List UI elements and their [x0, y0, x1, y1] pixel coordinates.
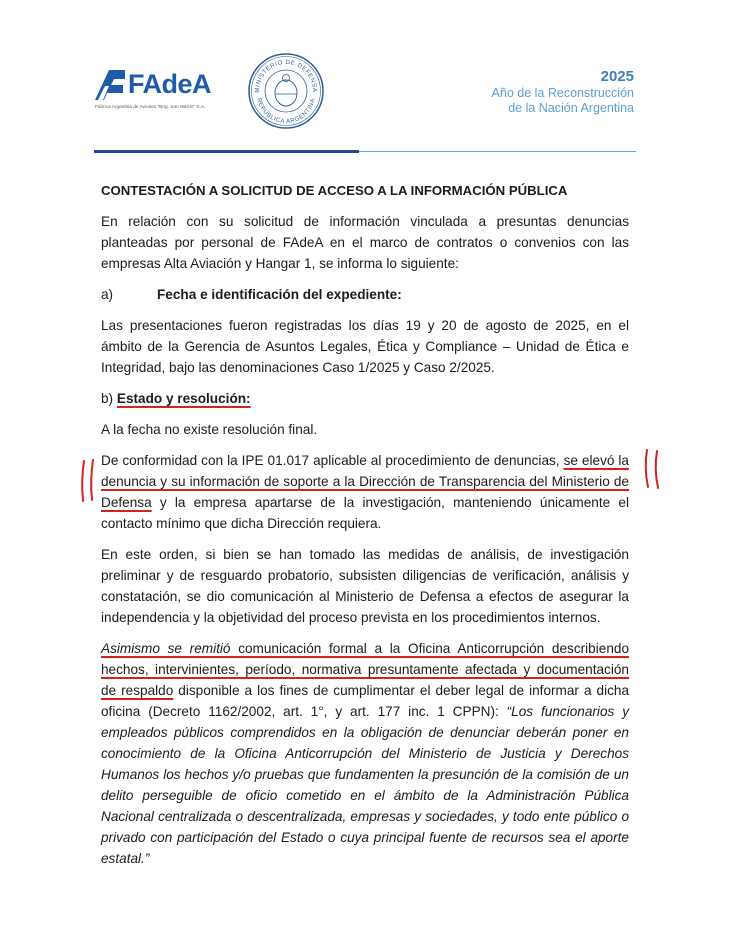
- p1-pre: De conformidad con la IPE 01.017 aplicab…: [101, 453, 564, 468]
- section-b-paragraph-3: Asimismo se remitió comunicación formal …: [101, 638, 629, 869]
- section-a-label: a): [101, 284, 157, 305]
- section-a-body: Las presentaciones fueron registradas lo…: [101, 315, 629, 378]
- section-b-status: A la fecha no existe resolución final.: [101, 419, 629, 440]
- tagline-line-2: de la Nación Argentina: [492, 101, 634, 116]
- legal-quote: “Los funcionarios y empleados públicos c…: [101, 704, 629, 866]
- section-a-title: Fecha e identificación del expediente:: [157, 284, 402, 305]
- tagline-line-1: Año de la Reconstrucción: [492, 86, 634, 101]
- p1-post: y la empresa apartarse de la investigaci…: [101, 495, 629, 531]
- fadea-wordmark: FAdeA: [128, 68, 211, 100]
- fadea-subtitle: Fábrica Argentina de Aviones "Brig. San …: [95, 104, 205, 109]
- letterhead: FAdeA Fábrica Argentina de Aviones "Brig…: [0, 0, 730, 160]
- section-b-paragraph-2: En este orden, si bien se han tomado las…: [101, 544, 629, 628]
- left-margin-ink-mark: [78, 458, 100, 504]
- section-a-heading: a) Fecha e identificación del expediente…: [101, 284, 629, 305]
- fadea-wing-icon: [95, 70, 125, 100]
- section-b-label: b): [101, 391, 113, 406]
- intro-paragraph: En relación con su solicitud de informac…: [101, 211, 629, 274]
- section-b-paragraph-1: De conformidad con la IPE 01.017 aplicab…: [101, 450, 629, 534]
- year-motto: 2025 Año de la Reconstrucción de la Naci…: [492, 68, 634, 116]
- document-title: CONTESTACIÓN A SOLICITUD DE ACCESO A LA …: [101, 180, 629, 201]
- ministry-seal-icon: MINISTERIO DE DEFENSA REPÚBLICA ARGENTIN…: [247, 52, 325, 130]
- header-divider-dark: [94, 150, 359, 153]
- section-b-title: Estado y resolución:: [117, 391, 251, 406]
- year-label: 2025: [492, 68, 634, 86]
- right-margin-ink-mark: [640, 448, 664, 490]
- section-b-heading: b) Estado y resolución:: [101, 388, 629, 409]
- document-body: CONTESTACIÓN A SOLICITUD DE ACCESO A LA …: [101, 180, 629, 869]
- handwritten-double-bar-icon: [640, 448, 664, 490]
- svg-text:MINISTERIO DE DEFENSA: MINISTERIO DE DEFENSA: [255, 60, 317, 93]
- handwritten-double-bar-icon: [78, 458, 100, 504]
- ministry-seal: MINISTERIO DE DEFENSA REPÚBLICA ARGENTIN…: [247, 52, 325, 130]
- p3-lead: Asimismo se remitió: [101, 641, 230, 656]
- header-divider-light: [359, 151, 636, 152]
- fadea-logo: FAdeA Fábrica Argentina de Aviones "Brig…: [95, 68, 245, 108]
